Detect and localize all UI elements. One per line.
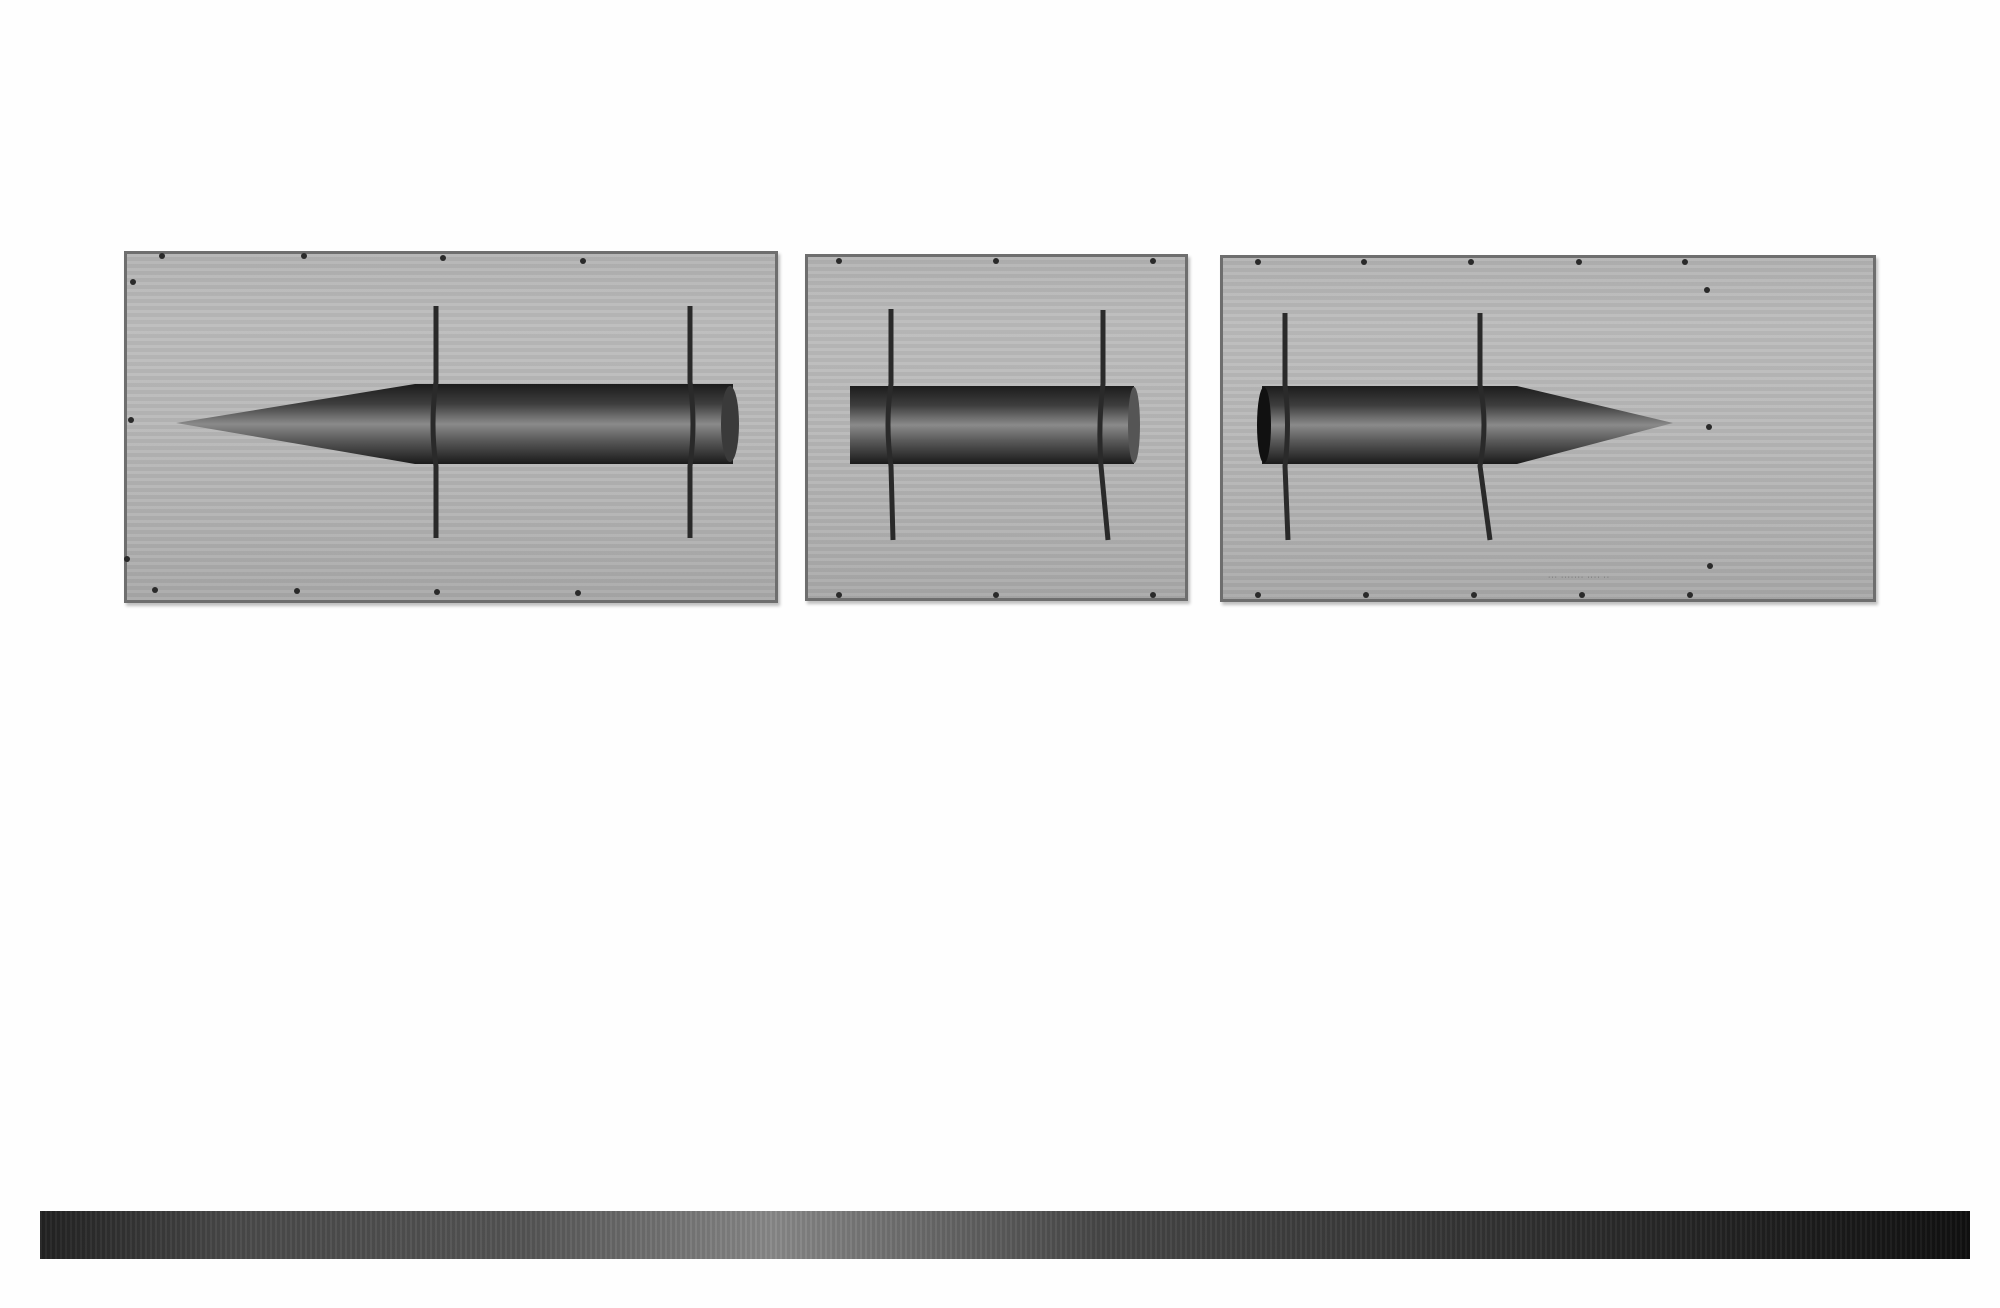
right-projectile: [1257, 386, 1673, 464]
left-projectile: [176, 384, 739, 464]
sculpture-forms: [0, 0, 2000, 1308]
floor: [40, 1211, 1970, 1259]
artwork-inscription: ··· ······· ···· ··: [1548, 574, 1610, 581]
center-cylinder: [850, 386, 1140, 464]
